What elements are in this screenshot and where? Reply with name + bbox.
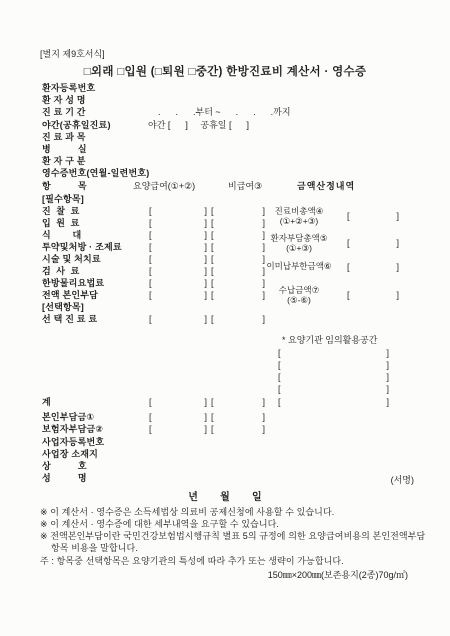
summary-prepaid-label: 이미납부한금액⑥ <box>266 261 331 271</box>
col-header-calc: 금액산정내역 <box>297 181 355 192</box>
row-label-admission: 입 원 료 <box>42 218 79 229</box>
date-line: 년 월 일 <box>0 488 450 503</box>
meals-insured-field <box>149 230 207 241</box>
procedure-insured-field <box>149 254 207 265</box>
treat-period-value: . . .부터 ~ . . .까지 <box>158 107 291 118</box>
field-label-department: 진 료 과 목 <box>42 132 86 143</box>
physio-insured-field <box>149 278 207 289</box>
note-full-copay-definition: ※ 전액본인부담이란 국민건강보험법시행규칙 별표 5의 규정에 의한 요양급여… <box>40 531 433 554</box>
summary-patient-burden: 환자부담총액⑤(①+③) <box>252 234 346 253</box>
field-label-representative-name: 성 명 <box>42 473 87 484</box>
paper-spec: 150㎜×200㎜(보존용지(2종)70g/㎡) <box>268 568 408 581</box>
note-detail-request: ※ 이 계산서 · 영수증에 대한 세부내역을 요구할 수 있습니다. <box>40 519 433 531</box>
summary-total-fee-field <box>347 211 399 222</box>
row-label-full-copay: 전액 본인부담 <box>42 290 98 301</box>
field-label-business-name: 상 호 <box>42 461 87 472</box>
field-label-patient-type: 환 자 구 분 <box>42 156 86 167</box>
summary-received-label: 수납금액⑦ <box>279 285 319 295</box>
total-insured-field <box>149 397 207 408</box>
summary-patient-burden-field <box>347 238 399 249</box>
field-label-receipt-no: 영수증번호(연월-일련번호) <box>42 168 149 179</box>
field-label-patient-name: 환 자 성 명 <box>42 95 86 106</box>
receipt-form-page: [별지 제9호서식] □외래 □입원 (□퇴원 □중간) 한방진료비 계산서 ·… <box>0 0 450 636</box>
summary-received-field <box>347 290 399 301</box>
free-space-field-1 <box>278 348 389 359</box>
row-label-physio: 한방물리요법료 <box>42 278 104 289</box>
summary-total-fee-label: 진료비총액④ <box>275 206 324 216</box>
summary-received: 수납금액⑦(⑤-⑥) <box>252 286 346 305</box>
copay-insured-field <box>149 412 207 423</box>
summary-patient-burden-sub: (①+③) <box>286 243 312 253</box>
row-label-exam: 검 사 료 <box>42 266 79 277</box>
copay-uninsured-field <box>211 412 265 423</box>
row-label-meals: 식 대 <box>42 230 81 241</box>
summary-total-fee: 진료비총액④(①+②+③) <box>252 207 346 226</box>
row-label-insurer: 보험자부담금② <box>42 424 103 435</box>
free-space-field-4 <box>278 384 389 395</box>
consult-insured-field <box>149 206 207 217</box>
col-header-insured: 요양급여(①+②) <box>133 181 195 192</box>
row-label-consult: 진 찰 료 <box>42 206 79 217</box>
elective-insured-field <box>149 314 207 325</box>
free-space-field-3 <box>278 372 389 383</box>
summary-received-sub: (⑤-⑥) <box>287 295 311 305</box>
field-label-ward: 병 실 <box>42 144 87 155</box>
form-title: □외래 □입원 (□퇴원 □중간) 한방진료비 계산서 · 영수증 <box>0 63 450 79</box>
field-label-business-no: 사업자등록번호 <box>42 437 104 448</box>
row-label-procedure: 시술 및 처치료 <box>42 254 101 265</box>
insurer-insured-field <box>149 424 207 435</box>
insurer-uninsured-field <box>211 424 265 435</box>
field-label-treat-period: 진 료 기 간 <box>42 107 86 118</box>
medication-insured-field <box>149 242 207 253</box>
summary-total-fee-sub: (①+②+③) <box>280 216 318 226</box>
note-optional-items: 주 : 항목중 선택항목은 요양기관의 특성에 따라 추가 또는 생략이 가능합… <box>40 556 433 568</box>
form-tag: [별지 제9호서식] <box>40 49 105 60</box>
summary-prepaid-field <box>347 262 399 273</box>
signature-note: (서명) <box>391 473 414 486</box>
col-header-uninsured: 비급여③ <box>228 181 262 192</box>
full-copay-insured-field <box>149 290 207 301</box>
summary-prepaid: 이미납부한금액⑥ <box>252 262 346 272</box>
exam-insured-field <box>149 266 207 277</box>
total-calc-field <box>278 397 389 408</box>
free-space-field-2 <box>278 360 389 371</box>
row-label-elective: 선 택 진 료 료 <box>42 314 97 325</box>
night-holiday-value: 야간 [ ] 공휴일 [ ] <box>148 120 249 131</box>
total-uninsured-field <box>211 397 265 408</box>
field-label-patient-id: 환자등록번호 <box>42 83 95 94</box>
section-optional: [선택항목] <box>42 302 84 313</box>
note-deduction: ※ 이 계산서 · 영수증은 소득세법상 의료비 공제신청에 사용할 수 있습니… <box>40 507 433 519</box>
admission-insured-field <box>149 218 207 229</box>
field-label-night-holiday: 야간(공휴일진료) <box>42 120 111 131</box>
field-label-business-address: 사업장 소재지 <box>42 449 98 460</box>
row-label-total: 계 <box>42 397 51 408</box>
section-required: [필수항목] <box>42 194 84 205</box>
summary-patient-burden-label: 환자부담총액⑤ <box>271 233 328 243</box>
row-label-medication: 투약및처방 · 조제료 <box>42 242 122 253</box>
row-label-copay: 본인부담금① <box>42 412 94 423</box>
elective-uninsured-field <box>211 314 265 325</box>
col-header-item: 항 목 <box>42 181 87 192</box>
free-space-note: * 요양기관 임의활용공간 <box>282 335 377 346</box>
